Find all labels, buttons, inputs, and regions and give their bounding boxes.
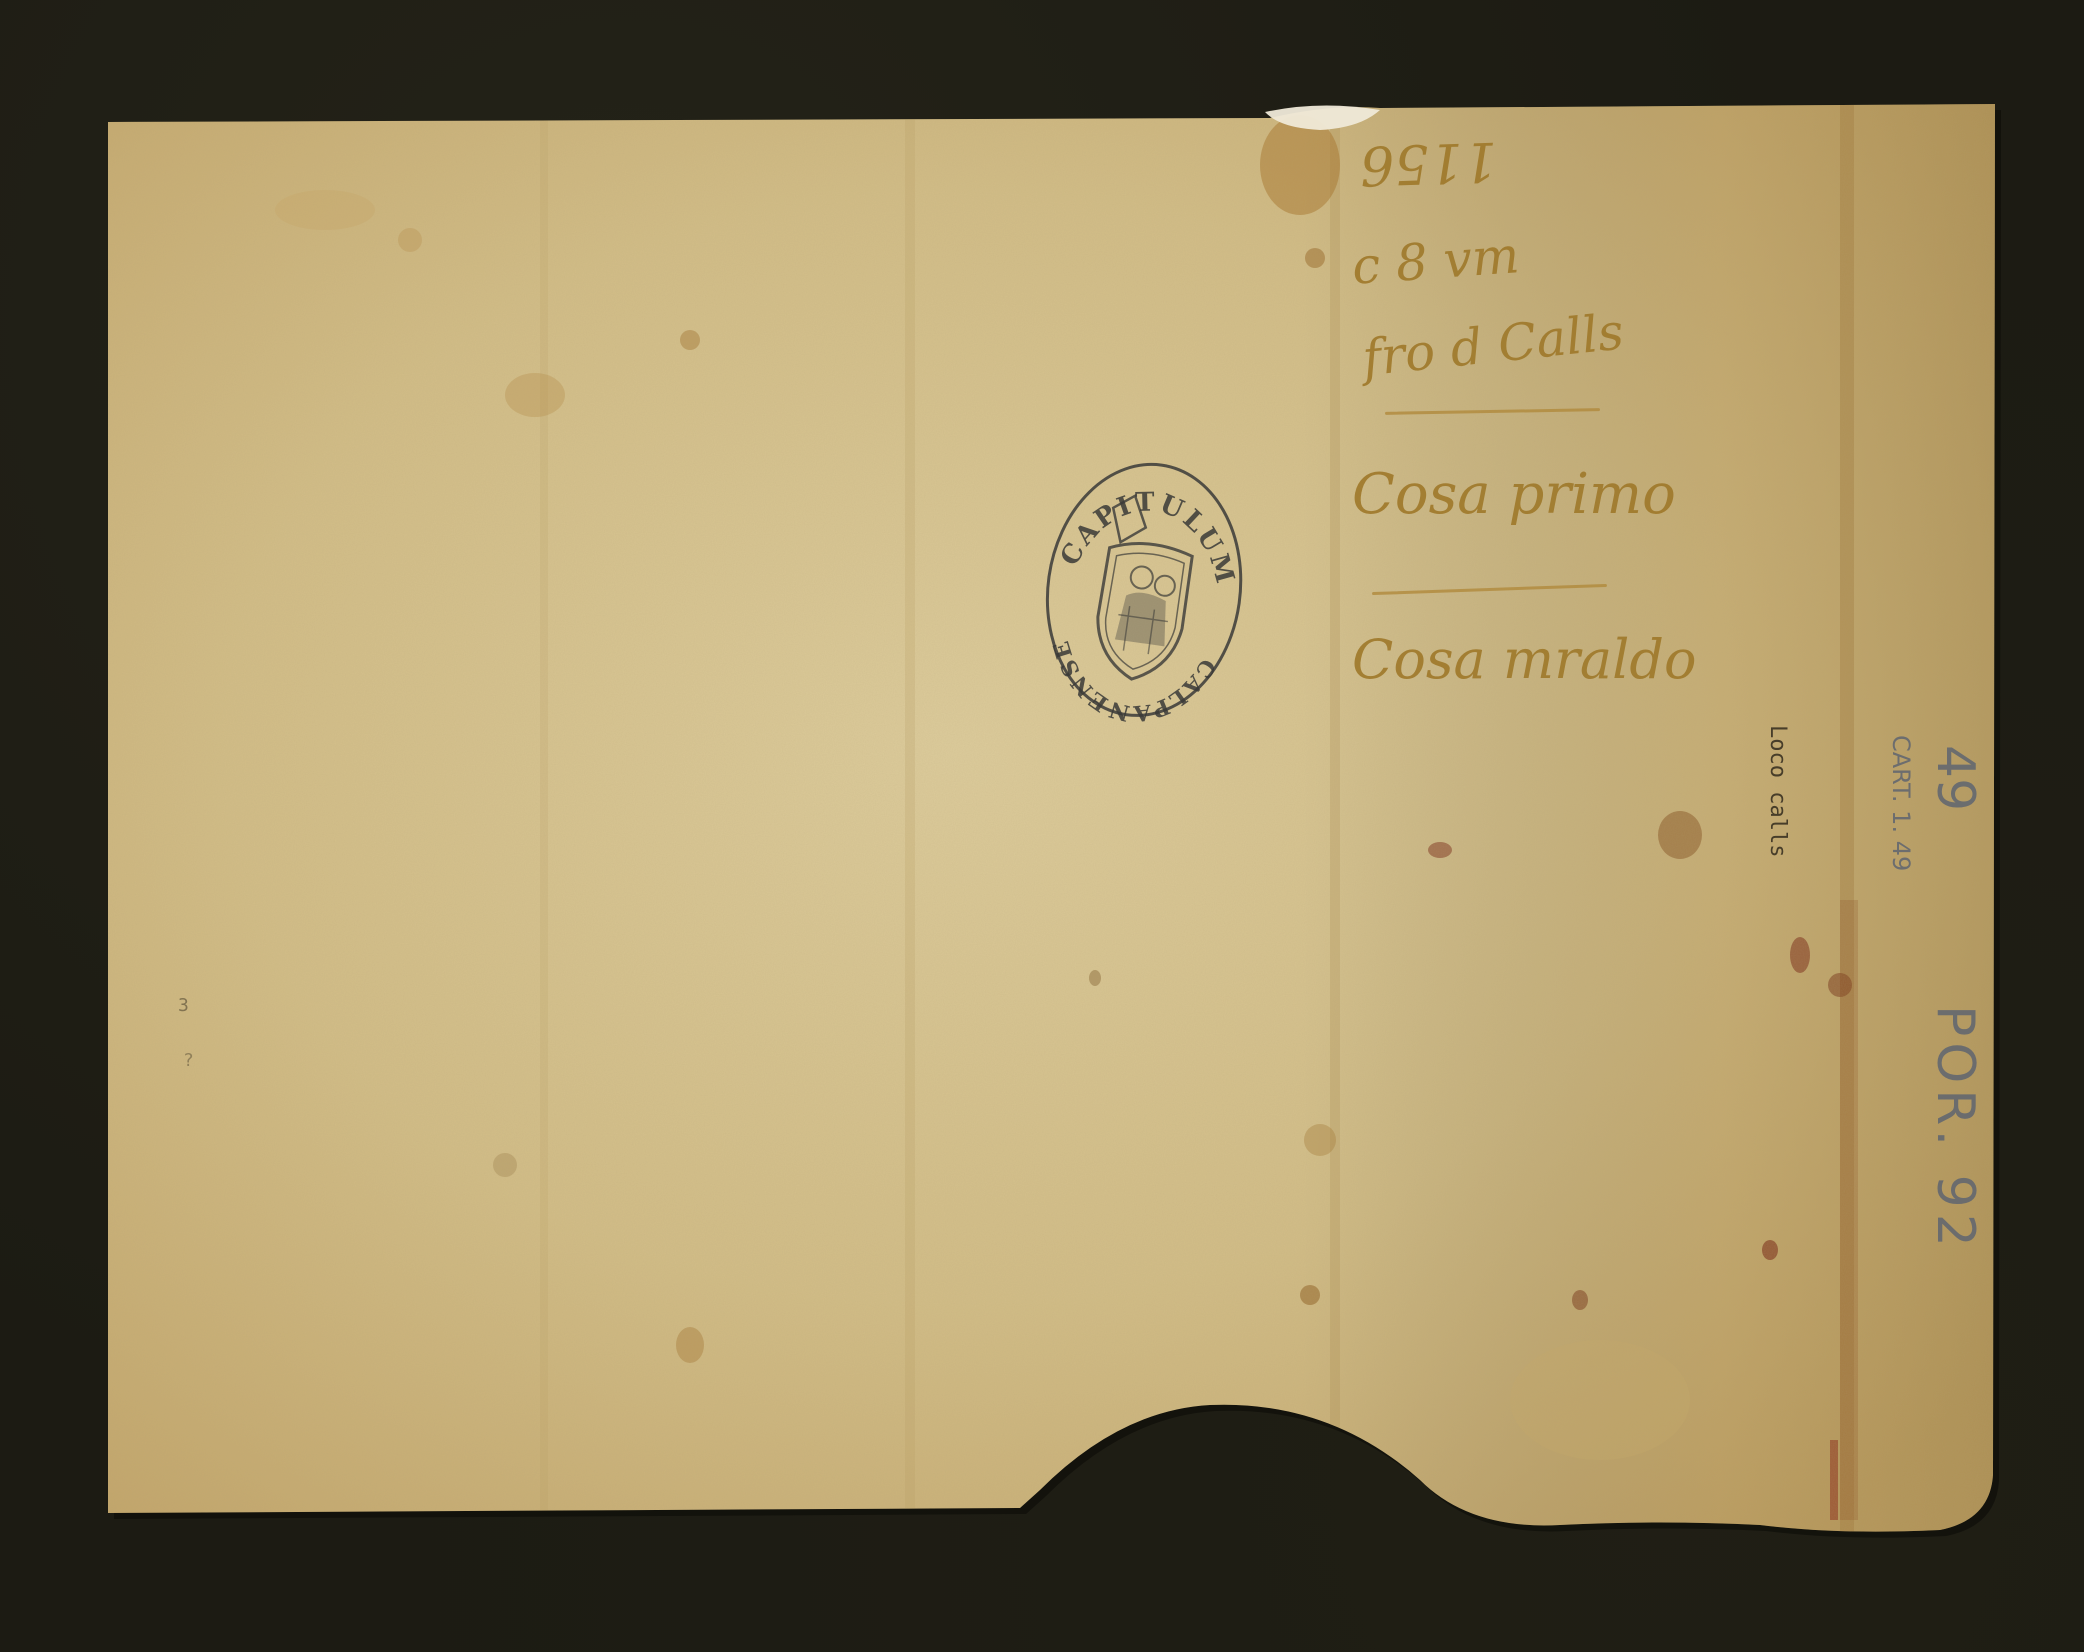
left-margin-mark-1: 3 [178,995,189,1016]
annotation-line-5: Cosa mraldo [1352,628,1696,691]
margin-note-loco: Loco calls [1765,725,1790,857]
archive-number: 49 [1925,745,1985,811]
annotation-number: 1156 [1359,130,1499,198]
left-margin-mark-2: ? [183,1050,194,1071]
capitulum-stamp: CAPITULUM CALPANENSE [1025,445,1265,736]
annotation-line-2: c 8 vm [1350,226,1521,296]
por-reference: POR. 92 [1925,1005,1985,1253]
cart-reference: CART. 1. 49 [1887,735,1915,871]
annotation-line-4: Cosa primo [1352,462,1676,527]
